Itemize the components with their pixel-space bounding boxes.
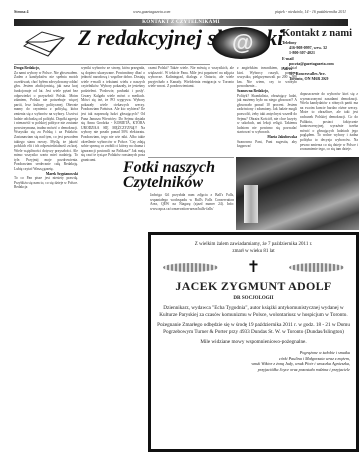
divider	[14, 64, 210, 65]
photos-section-title: Fotki naszych Czytelników	[123, 160, 233, 190]
issue-date: piątek - niedziela, 14 - 16 października…	[275, 9, 346, 15]
sign-line: przyjaciółka Joyce oraz pozostała rodzin…	[157, 367, 350, 373]
site-url[interactable]: www.gazetagazeta.com	[133, 9, 170, 15]
letter-column-3: czami Polski? Także wiele. Nie mówię o w…	[148, 66, 234, 158]
obit-service: Pożegnanie Zmarłego odbędzie się w środę…	[157, 322, 350, 336]
editor-reply: Szanowna Pani, Pani sugestia, aby krępow…	[237, 140, 297, 149]
obit-note: Mile widziane mowy wspomnieniowo-pożegna…	[157, 339, 350, 346]
at-sign-logo: @	[212, 27, 270, 59]
ornament-row: ✝	[163, 257, 344, 277]
letter-column-1: Droga Redakcjo, Za nami wybory w Polsce.…	[14, 66, 78, 458]
page-number: Strona 4	[14, 9, 28, 15]
contact-heading: Kontakt z nami	[282, 28, 358, 40]
obituary-notice: Z wielkim żalem zawiadamiamy, że 7 paźdz…	[148, 232, 359, 452]
letter-body: Polityk? Skandalista, obrażający ludzi, …	[237, 94, 297, 135]
letter-body: dopuszczenie do wyborów ktoś się z wyzna…	[300, 92, 358, 152]
letter-body: Za nami wybory w Polsce. Nie głosowałem.…	[14, 71, 78, 172]
editor-reply: To co Pan pisze jest niestety prawdą. Pr…	[14, 176, 78, 190]
photo-caption: Jadwiga Gil przysłała nam zdjęcia z Ball…	[150, 193, 234, 223]
obit-bio: Dziennikarz, wydawca "Echa Tygodnia", au…	[157, 305, 350, 319]
letter-body: z angielskim trawnikiem, powiedział ktoś…	[237, 66, 297, 89]
letter-column-4: z angielskim trawnikiem, powiedział ktoś…	[237, 66, 297, 156]
obit-intro: Z wielkim żalem zawiadamiamy, że 7 paźdz…	[157, 241, 350, 248]
envelope-icon	[22, 30, 66, 58]
ornament-icon	[289, 263, 344, 272]
page-header: Strona 4 www.gazetagazeta.com piątek - n…	[14, 9, 346, 15]
deceased-name: JACEK ZYGMUNT ADOLF	[157, 279, 350, 294]
caption-text: Jadwiga Gil przysłała nam zdjęcia z Ball…	[150, 193, 234, 211]
deceased-title: DR SOCJOLOGII	[157, 296, 350, 301]
letter-body: wyniki wyborów ze strony, która przegrał…	[81, 66, 145, 162]
obit-signature: Pogrążone w żałobie i smutku córki Pauli…	[157, 350, 350, 372]
letter-column-2: wyniki wyborów ze strony, która przegrał…	[81, 66, 145, 458]
obit-age: zmarł w wieku 81 lat	[157, 248, 350, 255]
waterfall-photo[interactable]	[236, 157, 359, 230]
letter-body: czami Polski? Także wiele. Nie mówię o w…	[148, 66, 234, 89]
divider	[148, 157, 234, 158]
ornament-icon	[163, 263, 218, 272]
letter-column-5: dopuszczenie do wyborów ktoś się z wyzna…	[300, 92, 358, 155]
cross-icon: ✝	[247, 257, 260, 277]
